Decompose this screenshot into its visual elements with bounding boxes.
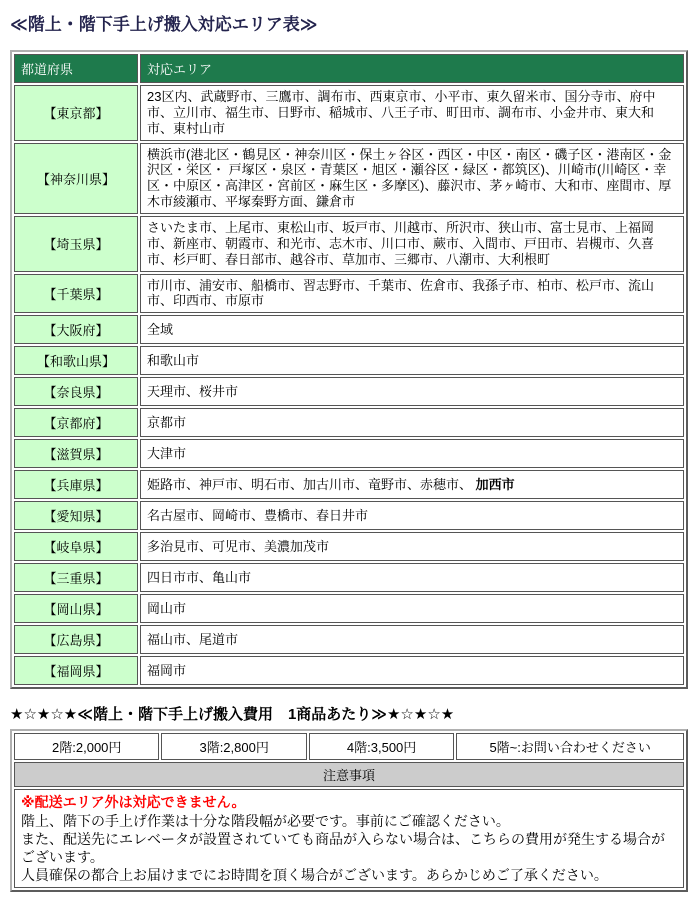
prefecture-cell: 【神奈川県】 xyxy=(14,143,138,214)
notes-header: 注意事項 xyxy=(14,762,684,787)
area-table-row: 【埼玉県】さいたま市、上尾市、東松山市、坂戸市、川越市、所沢市、狭山市、富士見市… xyxy=(14,216,684,272)
prefecture-cell: 【岡山県】 xyxy=(14,594,138,623)
areas-cell: 姫路市、神戸市、明石市、加古川市、竜野市、赤穂市、 加西市 xyxy=(140,470,684,499)
area-table-row: 【福岡県】福岡市 xyxy=(14,656,684,685)
column-header-area: 対応エリア xyxy=(140,54,684,83)
prefecture-cell: 【福岡県】 xyxy=(14,656,138,685)
price-cell: 5階~:お問い合わせください xyxy=(456,733,684,760)
page: ≪階上・階下手上げ搬入対応エリア表≫ 都道府県 対応エリア 【東京都】23区内、… xyxy=(0,0,700,900)
areas-cell: 福岡市 xyxy=(140,656,684,685)
area-table-header-row: 都道府県 対応エリア xyxy=(14,54,684,83)
notes-text: ※配送エリア外は対応できません。階上、階下の手上げ作業は十分な階段幅が必要です。… xyxy=(14,789,684,888)
area-table-row: 【京都府】京都市 xyxy=(14,408,684,437)
area-table-row: 【滋賀県】大津市 xyxy=(14,439,684,468)
area-table: 都道府県 対応エリア 【東京都】23区内、武蔵野市、三鷹市、調布市、西東京市、小… xyxy=(10,50,688,689)
areas-bold-text: 加西市 xyxy=(472,477,515,492)
area-table-row: 【東京都】23区内、武蔵野市、三鷹市、調布市、西東京市、小平市、東久留米市、国分… xyxy=(14,85,684,141)
cost-section-heading: ★☆★☆★≪階上・階下手上げ搬入費用 1商品あたり≫★☆★☆★ xyxy=(10,703,690,724)
prefecture-cell: 【兵庫県】 xyxy=(14,470,138,499)
prefecture-cell: 【東京都】 xyxy=(14,85,138,141)
area-table-row: 【神奈川県】横浜市(港北区・鶴見区・神奈川区・保土ヶ谷区・西区・中区・南区・磯子… xyxy=(14,143,684,214)
price-row: 2階:2,000円3階:2,800円4階:3,500円5階~:お問い合わせくださ… xyxy=(14,733,684,760)
areas-cell: 横浜市(港北区・鶴見区・神奈川区・保土ヶ谷区・西区・中区・南区・磯子区・港南区・… xyxy=(140,143,684,214)
areas-cell: 四日市市、亀山市 xyxy=(140,563,684,592)
prefecture-cell: 【埼玉県】 xyxy=(14,216,138,272)
note-line: また、配送先にエレベータが設置されていても商品が入らない場合は、こちらの費用が発… xyxy=(21,830,677,866)
prefecture-cell: 【京都府】 xyxy=(14,408,138,437)
notes-header-row: 注意事項 xyxy=(14,762,684,787)
note-line: 人員確保の都合上お届けまでにお時間を頂く場合がございます。あらかじめご了承くださ… xyxy=(21,866,677,884)
area-table-row: 【愛知県】名古屋市、岡崎市、豊橋市、春日井市 xyxy=(14,501,684,530)
areas-cell: 京都市 xyxy=(140,408,684,437)
prefecture-cell: 【愛知県】 xyxy=(14,501,138,530)
area-table-row: 【岐阜県】多治見市、可児市、美濃加茂市 xyxy=(14,532,684,561)
cost-table: 2階:2,000円3階:2,800円4階:3,500円5階~:お問い合わせくださ… xyxy=(10,729,688,892)
area-table-row: 【千葉県】市川市、浦安市、船橋市、習志野市、千葉市、佐倉市、我孫子市、柏市、松戸… xyxy=(14,274,684,314)
areas-cell: 多治見市、可児市、美濃加茂市 xyxy=(140,532,684,561)
areas-cell: 福山市、尾道市 xyxy=(140,625,684,654)
notes-row: ※配送エリア外は対応できません。階上、階下の手上げ作業は十分な階段幅が必要です。… xyxy=(14,789,684,888)
areas-cell: 全域 xyxy=(140,315,684,344)
areas-cell: 和歌山市 xyxy=(140,346,684,375)
prefecture-cell: 【和歌山県】 xyxy=(14,346,138,375)
price-cell: 4階:3,500円 xyxy=(309,733,454,760)
prefecture-cell: 【千葉県】 xyxy=(14,274,138,314)
area-table-row: 【広島県】福山市、尾道市 xyxy=(14,625,684,654)
prefecture-cell: 【岐阜県】 xyxy=(14,532,138,561)
area-table-row: 【奈良県】天理市、桜井市 xyxy=(14,377,684,406)
areas-cell: 名古屋市、岡崎市、豊橋市、春日井市 xyxy=(140,501,684,530)
prefecture-cell: 【広島県】 xyxy=(14,625,138,654)
area-table-row: 【兵庫県】姫路市、神戸市、明石市、加古川市、竜野市、赤穂市、 加西市 xyxy=(14,470,684,499)
column-header-prefecture: 都道府県 xyxy=(14,54,138,83)
area-table-row: 【岡山県】岡山市 xyxy=(14,594,684,623)
note-line: 階上、階下の手上げ作業は十分な階段幅が必要です。事前にご確認ください。 xyxy=(21,812,677,830)
areas-cell: 市川市、浦安市、船橋市、習志野市、千葉市、佐倉市、我孫子市、柏市、松戸市、流山市… xyxy=(140,274,684,314)
prefecture-cell: 【三重県】 xyxy=(14,563,138,592)
areas-cell: 23区内、武蔵野市、三鷹市、調布市、西東京市、小平市、東久留米市、国分寺市、府中… xyxy=(140,85,684,141)
areas-cell: 大津市 xyxy=(140,439,684,468)
area-table-row: 【和歌山県】和歌山市 xyxy=(14,346,684,375)
area-table-row: 【大阪府】全域 xyxy=(14,315,684,344)
price-cell: 2階:2,000円 xyxy=(14,733,159,760)
areas-cell: 岡山市 xyxy=(140,594,684,623)
areas-cell: 天理市、桜井市 xyxy=(140,377,684,406)
price-cell: 3階:2,800円 xyxy=(161,733,306,760)
delivery-area-warning: ※配送エリア外は対応できません。 xyxy=(21,793,677,811)
prefecture-cell: 【滋賀県】 xyxy=(14,439,138,468)
page-title: ≪階上・階下手上げ搬入対応エリア表≫ xyxy=(10,10,690,35)
prefecture-cell: 【大阪府】 xyxy=(14,315,138,344)
area-table-row: 【三重県】四日市市、亀山市 xyxy=(14,563,684,592)
prefecture-cell: 【奈良県】 xyxy=(14,377,138,406)
areas-cell: さいたま市、上尾市、東松山市、坂戸市、川越市、所沢市、狭山市、富士見市、上福岡市… xyxy=(140,216,684,272)
